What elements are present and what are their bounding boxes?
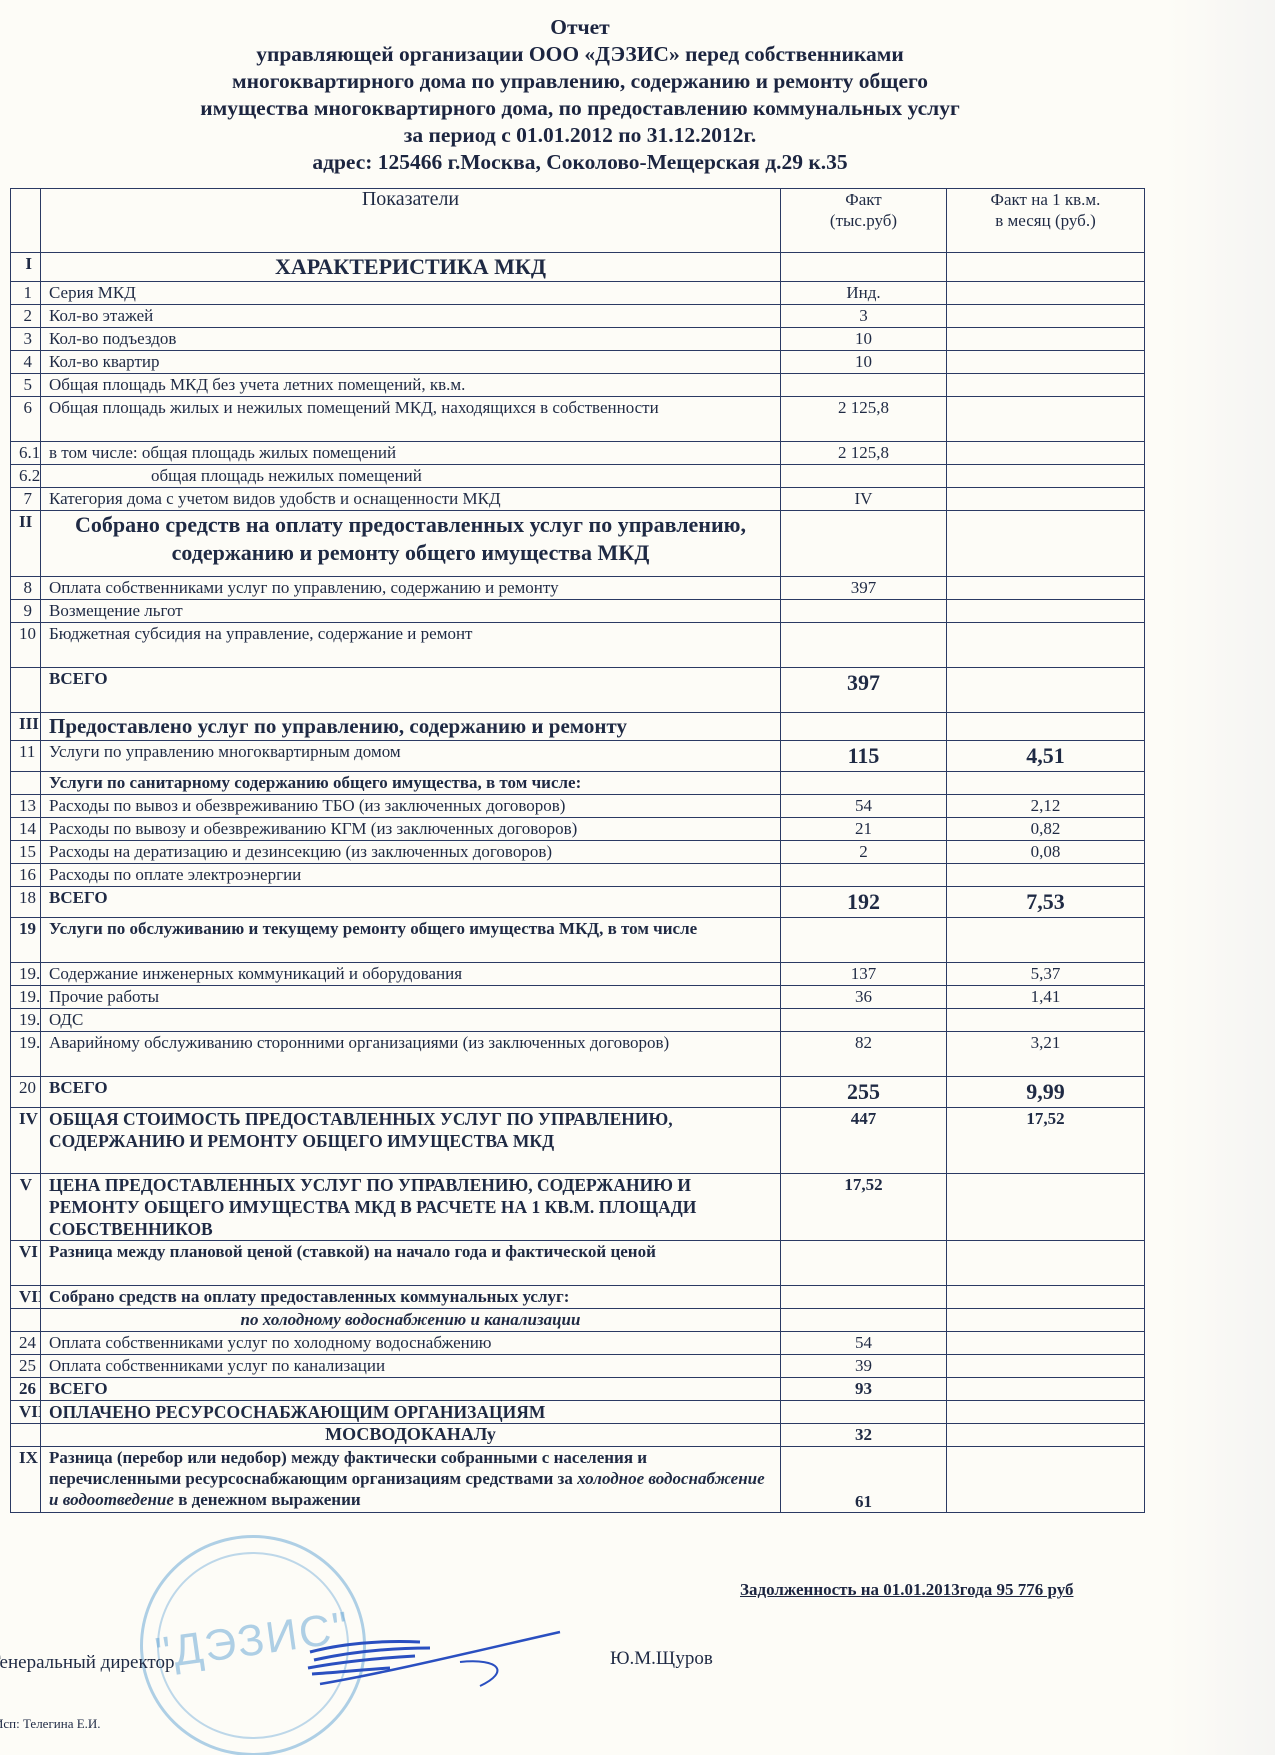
row-number: 19.3	[11, 1009, 41, 1032]
fact-value: 17,52	[781, 1174, 947, 1241]
per-sqm-value: 1,41	[947, 986, 1145, 1009]
row-number: IV	[11, 1108, 41, 1174]
row-number: 8	[11, 577, 41, 600]
table-row: 1Серия МКДИнд.	[11, 282, 1145, 305]
fact-value	[781, 918, 947, 963]
row-number	[11, 1309, 41, 1332]
fact-value: 32	[781, 1424, 947, 1447]
table-row: 2Кол-во этажей3	[11, 305, 1145, 328]
table-row: 5Общая площадь МКД без учета летних поме…	[11, 374, 1145, 397]
fact-value	[781, 1309, 947, 1332]
row-label: Бюджетная субсидия на управление, содерж…	[41, 623, 781, 668]
per-sqm-value	[947, 713, 1145, 741]
per-sqm-value	[947, 465, 1145, 488]
row-label: Расходы по вывоз и обезвреживанию ТБО (и…	[41, 795, 781, 818]
table-row: IIСобрано средств на оплату предоставлен…	[11, 511, 1145, 577]
row-number: 19	[11, 918, 41, 963]
row-number: 9	[11, 600, 41, 623]
table-row: VIIIОПЛАЧЕНО РЕСУРСОСНАБЖАЮЩИМ ОРГАНИЗАЦ…	[11, 1401, 1145, 1424]
per-sqm-value: 5,37	[947, 963, 1145, 986]
table-row: VIРазница между плановой ценой (ставкой)…	[11, 1241, 1145, 1286]
row-number: 25	[11, 1355, 41, 1378]
fact-value: 2 125,8	[781, 397, 947, 442]
per-sqm-value: 2,12	[947, 795, 1145, 818]
header-num	[11, 189, 41, 253]
row-label: Прочие работы	[41, 986, 781, 1009]
table-row: ВСЕГО397	[11, 668, 1145, 713]
table-row: 13Расходы по вывоз и обезвреживанию ТБО …	[11, 795, 1145, 818]
row-number: 2	[11, 305, 41, 328]
table-row: 19.3ОДС	[11, 1009, 1145, 1032]
row-number: IX	[11, 1447, 41, 1513]
table-row: 19.2Прочие работы361,41	[11, 986, 1145, 1009]
row-label: Кол-во этажей	[41, 305, 781, 328]
table-row: 6.2общая площадь нежилых помещений	[11, 465, 1145, 488]
row-number: 10	[11, 623, 41, 668]
row-number: 3	[11, 328, 41, 351]
row-label: Расходы на дератизацию и дезинсекцию (из…	[41, 841, 781, 864]
row-label: Предоставлено услуг по управлению, содер…	[41, 713, 781, 741]
row-label: Оплата собственниками услуг по холодному…	[41, 1332, 781, 1355]
per-sqm-value	[947, 1174, 1145, 1241]
signatory-title: Генеральный директор	[0, 1652, 174, 1674]
row-number	[11, 1424, 41, 1447]
row-number: III	[11, 713, 41, 741]
per-sqm-value: 0,82	[947, 818, 1145, 841]
row-number: 16	[11, 864, 41, 887]
per-sqm-value: 0,08	[947, 841, 1145, 864]
table-row: 26ВСЕГО93	[11, 1378, 1145, 1401]
per-sqm-value	[947, 918, 1145, 963]
table-row: 10Бюджетная субсидия на управление, соде…	[11, 623, 1145, 668]
fact-value	[781, 864, 947, 887]
table-row: 6Общая площадь жилых и нежилых помещений…	[11, 397, 1145, 442]
fact-value	[781, 1241, 947, 1286]
fact-value: 54	[781, 1332, 947, 1355]
fact-value	[781, 623, 947, 668]
per-sqm-value	[947, 488, 1145, 511]
signatory-name: Ю.М.Щуров	[610, 1648, 713, 1670]
fact-value: 93	[781, 1378, 947, 1401]
table-row: МОСВОДОКАНАЛу32	[11, 1424, 1145, 1447]
per-sqm-value	[947, 351, 1145, 374]
per-sqm-value	[947, 1401, 1145, 1424]
fact-value	[781, 772, 947, 795]
row-label: Собрано средств на оплату предоставленны…	[41, 1286, 781, 1309]
row-number: 1	[11, 282, 41, 305]
table-row: 19.1.Содержание инженерных коммуникаций …	[11, 963, 1145, 986]
row-number: I	[11, 253, 41, 282]
handwritten-signature-icon	[300, 1622, 600, 1692]
per-sqm-value	[947, 1286, 1145, 1309]
per-sqm-value	[947, 623, 1145, 668]
table-row: по холодному водоснабжению и канализации	[11, 1309, 1145, 1332]
table-row: 19.4Аварийному обслуживанию сторонними о…	[11, 1032, 1145, 1077]
per-sqm-value	[947, 577, 1145, 600]
table-row: IXРазница (перебор или недобор) между фа…	[11, 1447, 1145, 1513]
fact-value	[781, 1286, 947, 1309]
row-label: Собрано средств на оплату предоставленны…	[41, 511, 781, 577]
table-row: 20ВСЕГО2559,99	[11, 1077, 1145, 1108]
per-sqm-value	[947, 511, 1145, 577]
fact-value: 397	[781, 668, 947, 713]
per-sqm-value	[947, 668, 1145, 713]
row-label: общая площадь нежилых помещений	[41, 465, 781, 488]
row-label: Аварийному обслуживанию сторонними орган…	[41, 1032, 781, 1077]
row-label: Возмещение льгот	[41, 600, 781, 623]
fact-value: Инд.	[781, 282, 947, 305]
row-label: Оплата собственниками услуг по канализац…	[41, 1355, 781, 1378]
row-label: Расходы по оплате электроэнергии	[41, 864, 781, 887]
row-label: ВСЕГО	[41, 887, 781, 918]
per-sqm-value	[947, 442, 1145, 465]
row-label: Содержание инженерных коммуникаций и обо…	[41, 963, 781, 986]
per-sqm-value	[947, 397, 1145, 442]
row-number: 6.1	[11, 442, 41, 465]
title-line: многоквартирного дома по управлению, сод…	[0, 68, 1160, 95]
per-sqm-value	[947, 1241, 1145, 1286]
per-sqm-value	[947, 1309, 1145, 1332]
per-sqm-value	[947, 1424, 1145, 1447]
table-row: VIIСобрано средств на оплату предоставле…	[11, 1286, 1145, 1309]
row-label: Категория дома с учетом видов удобств и …	[41, 488, 781, 511]
row-number: 14	[11, 818, 41, 841]
row-number: 26	[11, 1378, 41, 1401]
row-label: ХАРАКТЕРИСТИКА МКД	[41, 253, 781, 282]
per-sqm-value	[947, 1009, 1145, 1032]
table-row: 4Кол-во квартир10	[11, 351, 1145, 374]
table-row: 7Категория дома с учетом видов удобств и…	[11, 488, 1145, 511]
row-number: 7	[11, 488, 41, 511]
fact-value: 10	[781, 351, 947, 374]
fact-value: 447	[781, 1108, 947, 1174]
header-per-sqm: Факт на 1 кв.м.в месяц (руб.)	[947, 189, 1145, 253]
fact-value	[781, 1401, 947, 1424]
row-label: Кол-во подъездов	[41, 328, 781, 351]
table-row: Услуги по санитарному содержанию общего …	[11, 772, 1145, 795]
title-line: управляющей организации ООО «ДЭЗИС» пере…	[0, 41, 1160, 68]
row-number: 19.1.	[11, 963, 41, 986]
fact-value	[781, 511, 947, 577]
table-row: IVОБЩАЯ СТОИМОСТЬ ПРЕДОСТАВЛЕННЫХ УСЛУГ …	[11, 1108, 1145, 1174]
per-sqm-value: 7,53	[947, 887, 1145, 918]
table-header-row: Показатели Факт(тыс.руб) Факт на 1 кв.м.…	[11, 189, 1145, 253]
title-line: адрес: 125466 г.Москва, Соколово-Мещерск…	[0, 149, 1160, 176]
report-table: Показатели Факт(тыс.руб) Факт на 1 кв.м.…	[10, 188, 1145, 1513]
report-title: Отчет управляющей организации ООО «ДЭЗИС…	[0, 14, 1160, 176]
executor-note: Исп: Телегина Е.И.	[0, 1716, 101, 1732]
fact-value: 21	[781, 818, 947, 841]
fact-value: 3	[781, 305, 947, 328]
fact-value	[781, 253, 947, 282]
table-row: 19Услуги по обслуживанию и текущему ремо…	[11, 918, 1145, 963]
fact-value: 2	[781, 841, 947, 864]
row-number: 19.4	[11, 1032, 41, 1077]
row-label: Разница между плановой ценой (ставкой) н…	[41, 1241, 781, 1286]
row-label: Услуги по управлению многоквартирным дом…	[41, 741, 781, 772]
per-sqm-value: 17,52	[947, 1108, 1145, 1174]
row-number: 6.2	[11, 465, 41, 488]
table-row: VЦЕНА ПРЕДОСТАВЛЕННЫХ УСЛУГ ПО УПРАВЛЕНИ…	[11, 1174, 1145, 1241]
row-number: VI	[11, 1241, 41, 1286]
per-sqm-value	[947, 600, 1145, 623]
fact-value	[781, 374, 947, 397]
signature-block: Генеральный директор Ю.М.Щуров	[0, 1640, 1275, 1680]
table-body: IХАРАКТЕРИСТИКА МКД1Серия МКДИнд.2Кол-во…	[11, 253, 1145, 1513]
per-sqm-value	[947, 328, 1145, 351]
fact-value: 115	[781, 741, 947, 772]
per-sqm-value	[947, 1355, 1145, 1378]
row-label: ОДС	[41, 1009, 781, 1032]
per-sqm-value	[947, 305, 1145, 328]
row-number	[11, 668, 41, 713]
per-sqm-value	[947, 253, 1145, 282]
per-sqm-value	[947, 864, 1145, 887]
fact-value: 2 125,8	[781, 442, 947, 465]
row-label: ВСЕГО	[41, 668, 781, 713]
row-number: II	[11, 511, 41, 577]
table-row: 8Оплата собственниками услуг по управлен…	[11, 577, 1145, 600]
fact-value: 255	[781, 1077, 947, 1108]
row-label: Кол-во квартир	[41, 351, 781, 374]
header-fact: Факт(тыс.руб)	[781, 189, 947, 253]
fact-value	[781, 600, 947, 623]
fact-value	[781, 713, 947, 741]
table-row: 3Кол-во подъездов10	[11, 328, 1145, 351]
fact-value	[781, 1009, 947, 1032]
row-number: 11	[11, 741, 41, 772]
row-label: Услуги по санитарному содержанию общего …	[41, 772, 781, 795]
row-number: VII	[11, 1286, 41, 1309]
table-row: IIIПредоставлено услуг по управлению, со…	[11, 713, 1145, 741]
row-label: по холодному водоснабжению и канализации	[41, 1309, 781, 1332]
row-label: Серия МКД	[41, 282, 781, 305]
per-sqm-value	[947, 772, 1145, 795]
row-number: 18	[11, 887, 41, 918]
row-number	[11, 772, 41, 795]
row-number: 4	[11, 351, 41, 374]
row-label: ОБЩАЯ СТОИМОСТЬ ПРЕДОСТАВЛЕННЫХ УСЛУГ ПО…	[41, 1108, 781, 1174]
row-label: Услуги по обслуживанию и текущему ремонт…	[41, 918, 781, 963]
fact-value: 54	[781, 795, 947, 818]
row-number: 24	[11, 1332, 41, 1355]
fact-value: 36	[781, 986, 947, 1009]
row-label: МОСВОДОКАНАЛу	[41, 1424, 781, 1447]
per-sqm-value	[947, 1332, 1145, 1355]
table-row: 9Возмещение льгот	[11, 600, 1145, 623]
fact-value: 82	[781, 1032, 947, 1077]
fact-value: 61	[781, 1447, 947, 1513]
row-number: 19.2	[11, 986, 41, 1009]
table-row: 6.1в том числе: общая площадь жилых поме…	[11, 442, 1145, 465]
per-sqm-value: 9,99	[947, 1077, 1145, 1108]
per-sqm-value: 4,51	[947, 741, 1145, 772]
row-label: ЦЕНА ПРЕДОСТАВЛЕННЫХ УСЛУГ ПО УПРАВЛЕНИЮ…	[41, 1174, 781, 1241]
per-sqm-value	[947, 1447, 1145, 1513]
row-label: ВСЕГО	[41, 1077, 781, 1108]
row-label: Общая площадь МКД без учета летних помещ…	[41, 374, 781, 397]
row-label: Разница (перебор или недобор) между факт…	[41, 1447, 781, 1513]
row-number: VIII	[11, 1401, 41, 1424]
table-row: 24Оплата собственниками услуг по холодно…	[11, 1332, 1145, 1355]
row-label: ОПЛАЧЕНО РЕСУРСОСНАБЖАЮЩИМ ОРГАНИЗАЦИЯМ	[41, 1401, 781, 1424]
row-label: в том числе: общая площадь жилых помещен…	[41, 442, 781, 465]
row-label: Расходы по вывозу и обезвреживанию КГМ (…	[41, 818, 781, 841]
fact-value: 192	[781, 887, 947, 918]
fact-value: 10	[781, 328, 947, 351]
row-label: ВСЕГО	[41, 1378, 781, 1401]
row-number: 6	[11, 397, 41, 442]
row-label: Оплата собственниками услуг по управлени…	[41, 577, 781, 600]
header-name: Показатели	[41, 189, 781, 253]
row-number: 20	[11, 1077, 41, 1108]
scan-edge-shadow	[1165, 0, 1275, 1755]
table-row: 15Расходы на дератизацию и дезинсекцию (…	[11, 841, 1145, 864]
fact-value: IV	[781, 488, 947, 511]
row-number: 15	[11, 841, 41, 864]
debt-summary: Задолженность на 01.01.2013года 95 776 р…	[740, 1580, 1073, 1600]
row-number: 5	[11, 374, 41, 397]
title-line: имущества многоквартирного дома, по пред…	[0, 95, 1160, 122]
table-row: IХАРАКТЕРИСТИКА МКД	[11, 253, 1145, 282]
fact-value: 137	[781, 963, 947, 986]
per-sqm-value	[947, 374, 1145, 397]
table-row: 25Оплата собственниками услуг по канализ…	[11, 1355, 1145, 1378]
per-sqm-value	[947, 1378, 1145, 1401]
per-sqm-value: 3,21	[947, 1032, 1145, 1077]
title-line: за период с 01.01.2012 по 31.12.2012г.	[0, 122, 1160, 149]
row-number: 13	[11, 795, 41, 818]
row-label: Общая площадь жилых и нежилых помещений …	[41, 397, 781, 442]
fact-value	[781, 465, 947, 488]
table-row: 18ВСЕГО1927,53	[11, 887, 1145, 918]
table-row: 11Услуги по управлению многоквартирным д…	[11, 741, 1145, 772]
table-row: 16Расходы по оплате электроэнергии	[11, 864, 1145, 887]
row-number: V	[11, 1174, 41, 1241]
per-sqm-value	[947, 282, 1145, 305]
title-line: Отчет	[0, 14, 1160, 41]
table-row: 14Расходы по вывозу и обезвреживанию КГМ…	[11, 818, 1145, 841]
fact-value: 39	[781, 1355, 947, 1378]
fact-value: 397	[781, 577, 947, 600]
